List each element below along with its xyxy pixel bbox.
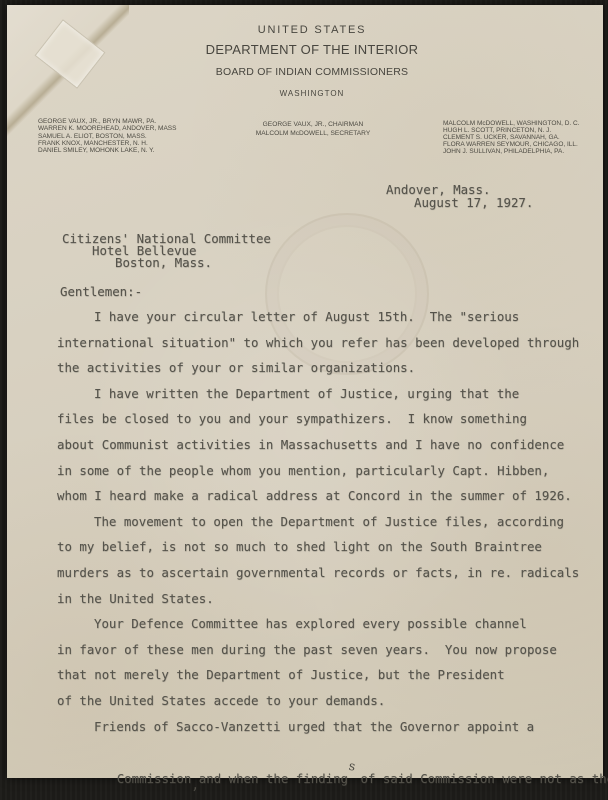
officer-name: GEORGE VAUX, JR., CHAIRMAN <box>245 121 381 130</box>
body-line: international situation" to which you re… <box>57 330 602 356</box>
body-line: to my belief, is not so much to shed lig… <box>57 534 602 560</box>
officer-name: MALCOLM McDOWELL, SECRETARY <box>245 130 381 139</box>
body-line: the activities of your or similar organi… <box>57 355 602 381</box>
body-line-with-corrections: Commission,and when the findings of said… <box>57 739 602 765</box>
body-line: I have your circular letter of August 15… <box>57 304 602 330</box>
body-line: I have written the Department of Justice… <box>57 381 602 407</box>
member-name: MALCOLM McDOWELL, WASHINGTON, D. C. <box>443 120 580 127</box>
member-name: DANIEL SMILEY, MOHONK LAKE, N. Y. <box>38 147 176 154</box>
letterhead-washington: WASHINGTON <box>21 89 603 98</box>
board-officers: GEORGE VAUX, JR., CHAIRMAN MALCOLM McDOW… <box>245 121 381 139</box>
body-text-segment: of said Commission were not as they <box>353 771 608 786</box>
body-line: of the United States accede to your dema… <box>57 688 602 714</box>
body-line: murders as to ascertain governmental rec… <box>57 560 602 586</box>
body-line: Friends of Sacco-Vanzetti urged that the… <box>57 714 602 740</box>
letterhead-united-states: UNITED STATES <box>21 24 603 36</box>
body-line: Your Defence Committee has explored ever… <box>57 611 602 637</box>
letterhead-department: DEPARTMENT OF THE INTERIOR <box>21 42 603 57</box>
body-line: about Communist activities in Massachuse… <box>57 432 602 458</box>
letterhead-board: BOARD OF INDIAN COMMISSIONERS <box>21 66 603 78</box>
member-name: WARREN K. MOOREHEAD, ANDOVER, MASS <box>38 125 176 132</box>
member-name: FRANK KNOX, MANCHESTER, N. H. <box>38 140 176 147</box>
body-line: in the United States. <box>57 586 602 612</box>
letter-paper: UNITED STATES DEPARTMENT OF THE INTERIOR… <box>7 5 603 778</box>
letter-body: I have your circular letter of August 15… <box>57 304 602 765</box>
board-members-left: GEORGE VAUX, JR., BRYN MAWR, PA. WARREN … <box>38 118 176 154</box>
recipient-address-2: Boston, Mass. <box>115 255 212 270</box>
scanned-letter: UNITED STATES DEPARTMENT OF THE INTERIOR… <box>0 0 608 800</box>
body-line: that not merely the Department of Justic… <box>57 662 602 688</box>
body-line: whom I heard make a radical address at C… <box>57 483 602 509</box>
body-line: files be closed to you and your sympathi… <box>57 406 602 432</box>
member-name: HUGH L. SCOTT, PRINCETON, N. J. <box>443 127 580 134</box>
member-name: SAMUEL A. ELIOT, BOSTON, MASS. <box>38 133 176 140</box>
body-text-segment: and when the finding <box>199 771 348 786</box>
member-name: FLORA WARREN SEYMOUR, CHICAGO, ILL. <box>443 141 580 148</box>
body-text-segment: Commission <box>117 771 192 786</box>
board-members-right: MALCOLM McDOWELL, WASHINGTON, D. C. HUGH… <box>443 120 580 155</box>
body-line: The movement to open the Department of J… <box>57 509 602 535</box>
member-name: JOHN J. SULLIVAN, PHILADELPHIA, PA. <box>443 148 580 155</box>
member-name: GEORGE VAUX, JR., BRYN MAWR, PA. <box>38 118 176 125</box>
dateline-date: August 17, 1927. <box>414 195 533 210</box>
salutation: Gentlemen:- <box>60 284 142 299</box>
member-name: CLEMENT S. UCKER, SAVANNAH, GA. <box>443 134 580 141</box>
body-line: in some of the people whom you mention, … <box>57 458 602 484</box>
body-line: in favor of these men during the past se… <box>57 637 602 663</box>
